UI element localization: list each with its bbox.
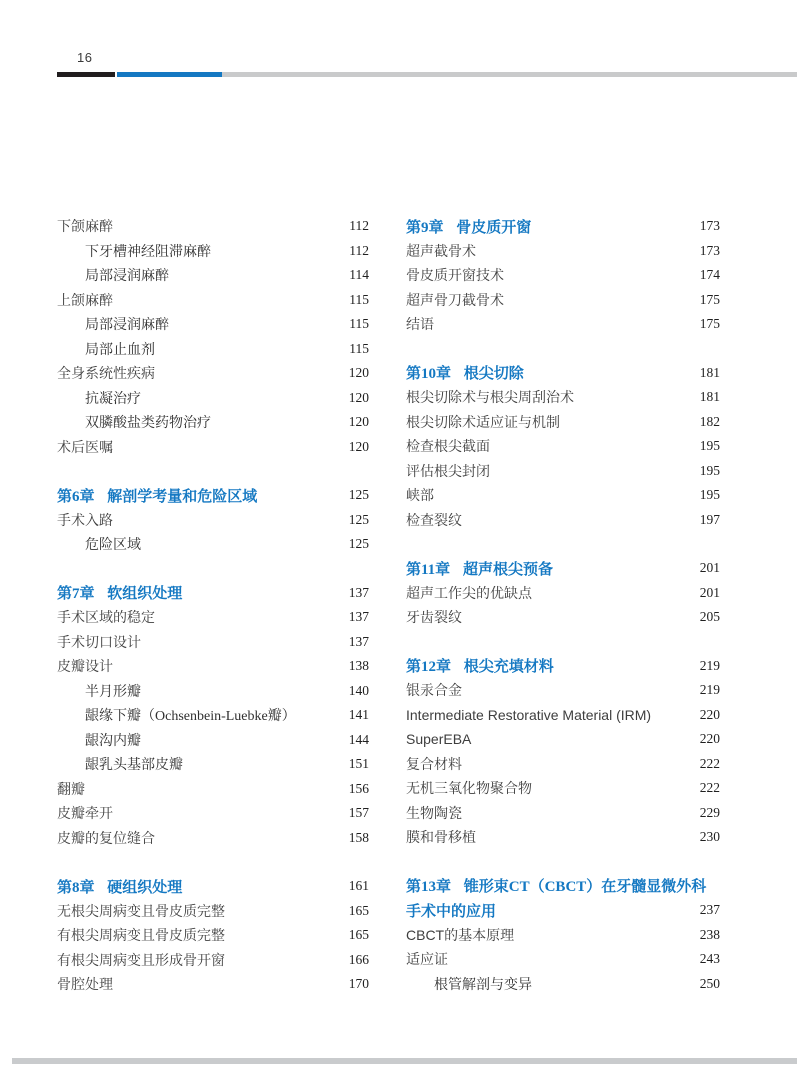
entry-page: 112 <box>339 218 369 234</box>
entry-title: 皮瓣的复位缝合 <box>57 828 155 848</box>
entry-title: 局部浸润麻醉 <box>57 314 169 334</box>
toc-entry: 生物陶瓷 229 <box>406 801 720 826</box>
entry-title-text: 膜和骨移植 <box>406 829 476 845</box>
toc-column-right: 第9章骨皮质开窗 173 超声截骨术 173 骨皮质开窗技术 174 超声骨刀截… <box>406 214 720 996</box>
toc-entry: 银汞合金 219 <box>406 678 720 703</box>
entry-page: 120 <box>339 365 369 381</box>
entry-page: 195 <box>690 438 720 454</box>
entry-title: 第12章根尖充填材料 <box>406 655 554 676</box>
entry-title: 根尖切除术适应证与机制 <box>406 412 560 432</box>
entry-title: 龈沟内瓣 <box>57 730 141 750</box>
entry-title-text: 危险区域 <box>85 538 141 553</box>
toc-entry: 骨腔处理 170 <box>57 972 369 997</box>
entry-title-text: 术后医嘱 <box>57 439 113 455</box>
chapter-number: 第8章 <box>57 880 95 896</box>
entry-page: 120 <box>339 439 369 455</box>
toc-chapter-entry: 第12章根尖充填材料 219 <box>406 654 720 679</box>
footer-rule <box>12 1058 797 1064</box>
entry-title: 手术中的应用 <box>406 900 496 921</box>
entry-title-text: 半月形瓣 <box>85 685 141 700</box>
toc-entry: 双膦酸盐类药物治疗 120 <box>57 410 369 435</box>
entry-page: 138 <box>339 658 369 674</box>
entry-title: 抗凝治疗 <box>57 388 141 408</box>
toc-entry: Intermediate Restorative Material (IRM) … <box>406 703 720 728</box>
entry-title: 骨皮质开窗技术 <box>406 265 504 285</box>
entry-title-text: 手术切口设计 <box>57 634 141 650</box>
entry-title: 超声工作尖的优缺点 <box>406 583 532 603</box>
entry-title-text: 银汞合金 <box>406 682 462 698</box>
entry-title: 第13章锥形束CT（CBCT）在牙髓显微外科 <box>406 875 706 896</box>
entry-page: 181 <box>690 365 720 381</box>
entry-title-text: 评估根尖封闭 <box>406 463 490 479</box>
entry-page: 237 <box>690 902 720 918</box>
entry-title: 超声骨刀截骨术 <box>406 290 504 310</box>
toc-entry: 下牙槽神经阻滞麻醉 112 <box>57 239 369 264</box>
entry-title: 龈乳头基部皮瓣 <box>57 754 183 774</box>
toc-entry: 有根尖周病变且骨皮质完整 165 <box>57 923 369 948</box>
toc-entry: 适应证 243 <box>406 947 720 972</box>
entry-title: 有根尖周病变且骨皮质完整 <box>57 925 225 945</box>
entry-title: 检查裂纹 <box>406 510 462 530</box>
entry-title-text: 抗凝治疗 <box>85 392 141 407</box>
entry-title: 第9章骨皮质开窗 <box>406 216 531 237</box>
entry-title-text: 锥形束CT（CBCT）在牙髓显微外科 <box>464 879 707 895</box>
toc-chapter-entry: 第7章软组织处理 137 <box>57 581 369 606</box>
entry-title: 第11章超声根尖预备 <box>406 558 553 579</box>
entry-title-text: 骨皮质开窗技术 <box>406 267 504 283</box>
entry-page: 229 <box>690 805 720 821</box>
entry-title: 生物陶瓷 <box>406 803 462 823</box>
entry-page: 125 <box>339 536 369 552</box>
toc-chapter-entry: 第11章超声根尖预备 201 <box>406 556 720 581</box>
entry-title: 有根尖周病变且形成骨开窗 <box>57 950 225 970</box>
entry-page: 222 <box>690 756 720 772</box>
entry-title: 无机三氧化物聚合物 <box>406 778 532 798</box>
toc-entry: 局部浸润麻醉 115 <box>57 312 369 337</box>
entry-page: 140 <box>339 683 369 699</box>
entry-title-text: 超声骨刀截骨术 <box>406 292 504 308</box>
entry-title: 下牙槽神经阻滞麻醉 <box>57 241 211 261</box>
entry-page: 173 <box>690 243 720 259</box>
entry-title: 局部浸润麻醉 <box>57 265 169 285</box>
entry-title-text: 骨皮质开窗 <box>456 220 531 236</box>
header-rule <box>0 72 800 78</box>
entry-title-text: 龈沟内瓣 <box>85 734 141 749</box>
entry-title-text: 根管解剖与变异 <box>434 978 532 993</box>
chapter-number: 第6章 <box>57 489 95 505</box>
entry-page: 201 <box>690 585 720 601</box>
toc-entry: 复合材料 222 <box>406 752 720 777</box>
entry-title: 根管解剖与变异 <box>406 974 532 994</box>
entry-title: 皮瓣牵开 <box>57 803 113 823</box>
entry-title-text: 牙齿裂纹 <box>406 609 462 625</box>
entry-title-text: 局部止血剂 <box>85 343 155 358</box>
chapter-number: 第12章 <box>406 659 451 675</box>
entry-title: Intermediate Restorative Material (IRM) <box>406 707 651 723</box>
toc-entry: 检查裂纹 197 <box>406 508 720 533</box>
toc-entry: 下颌麻醉 112 <box>57 214 369 239</box>
entry-page: 115 <box>339 316 369 332</box>
entry-page: 125 <box>339 512 369 528</box>
entry-title: 无根尖周病变且骨皮质完整 <box>57 901 225 921</box>
entry-title-text: 有根尖周病变且形成骨开窗 <box>57 952 225 968</box>
entry-page: 114 <box>339 267 369 283</box>
toc-entry: CBCT的基本原理 238 <box>406 923 720 948</box>
entry-page: 112 <box>339 243 369 259</box>
entry-title-text: 复合材料 <box>406 756 462 772</box>
toc-entry: 龈缘下瓣（Ochsenbein-Luebke瓣） 141 <box>57 703 369 728</box>
entry-page: 161 <box>339 878 369 894</box>
toc-entry: 手术区域的稳定 137 <box>57 605 369 630</box>
entry-title-text: 硬组织处理 <box>107 880 182 896</box>
toc-entry: 龈沟内瓣 144 <box>57 728 369 753</box>
entry-page: 222 <box>690 780 720 796</box>
toc-entry: 术后医嘱 120 <box>57 435 369 460</box>
toc-entry: 手术入路 125 <box>57 508 369 533</box>
entry-title-text: 下颌麻醉 <box>57 218 113 234</box>
chapter-number: 第11章 <box>406 562 450 578</box>
entry-title-text: 皮瓣的复位缝合 <box>57 830 155 846</box>
toc-section-gap <box>57 557 369 581</box>
entry-page: 115 <box>339 341 369 357</box>
toc-entry: SuperEBA 220 <box>406 727 720 752</box>
header-bar-black <box>57 72 115 77</box>
entry-title-text: 有根尖周病变且骨皮质完整 <box>57 927 225 943</box>
toc-entry: 龈乳头基部皮瓣 151 <box>57 752 369 777</box>
toc-entry: 局部浸润麻醉 114 <box>57 263 369 288</box>
entry-page: 219 <box>690 658 720 674</box>
entry-page: 166 <box>339 952 369 968</box>
entry-page: 182 <box>690 414 720 430</box>
toc-chapter-entry: 第9章骨皮质开窗 173 <box>406 214 720 239</box>
entry-title: 第10章根尖切除 <box>406 362 524 383</box>
toc-section-gap <box>406 630 720 654</box>
entry-title-text: 根尖切除 <box>464 366 524 382</box>
entry-page: 151 <box>339 756 369 772</box>
toc-entry: 手术切口设计 137 <box>57 630 369 655</box>
entry-title: 适应证 <box>406 949 448 969</box>
entry-title: 检查根尖截面 <box>406 436 490 456</box>
entry-page: 230 <box>690 829 720 845</box>
toc-chapter-entry: 第10章根尖切除 181 <box>406 361 720 386</box>
toc-entry: 有根尖周病变且形成骨开窗 166 <box>57 948 369 973</box>
page-number: 16 <box>77 50 92 65</box>
entry-page: 137 <box>339 634 369 650</box>
entry-title-text: 无机三氧化物聚合物 <box>406 780 532 796</box>
chapter-number: 第10章 <box>406 366 451 382</box>
entry-title: 龈缘下瓣（Ochsenbein-Luebke瓣） <box>57 705 296 725</box>
entry-page: 195 <box>690 487 720 503</box>
entry-title-text: Intermediate Restorative Material (IRM) <box>406 707 651 723</box>
toc-entry: 检查根尖截面 195 <box>406 434 720 459</box>
entry-title: 皮瓣设计 <box>57 656 113 676</box>
entry-page: 115 <box>339 292 369 308</box>
entry-title: 双膦酸盐类药物治疗 <box>57 412 211 432</box>
toc-entry: 手术中的应用 237 <box>406 898 720 923</box>
entry-title: 局部止血剂 <box>57 339 155 359</box>
toc-entry: 翻瓣 156 <box>57 777 369 802</box>
entry-page: 120 <box>339 414 369 430</box>
entry-title: 第8章硬组织处理 <box>57 876 182 897</box>
entry-title-text: 结语 <box>406 316 434 332</box>
entry-title: 结语 <box>406 314 434 334</box>
entry-page: 137 <box>339 609 369 625</box>
entry-page: 156 <box>339 781 369 797</box>
entry-title-text: 检查裂纹 <box>406 512 462 528</box>
toc-column-left: 下颌麻醉 112 下牙槽神经阻滞麻醉 112 局部浸润麻醉 114 上颌麻醉 1… <box>57 214 369 997</box>
entry-title-text: 解剖学考量和危险区域 <box>107 489 257 505</box>
toc-entry: 无根尖周病变且骨皮质完整 165 <box>57 899 369 924</box>
entry-page: 181 <box>690 389 720 405</box>
toc-entry: 骨皮质开窗技术 174 <box>406 263 720 288</box>
entry-title: 翻瓣 <box>57 779 85 799</box>
entry-title-text: 皮瓣牵开 <box>57 805 113 821</box>
toc-entry: 抗凝治疗 120 <box>57 386 369 411</box>
toc-entry: 皮瓣牵开 157 <box>57 801 369 826</box>
toc-entry: 半月形瓣 140 <box>57 679 369 704</box>
entry-title: SuperEBA <box>406 731 471 747</box>
entry-title-text: 局部浸润麻醉 <box>85 318 169 333</box>
entry-page: 175 <box>690 292 720 308</box>
entry-title: 膜和骨移植 <box>406 827 476 847</box>
toc-section-gap <box>57 459 369 483</box>
chapter-number: 第13章 <box>406 879 451 895</box>
entry-page: 165 <box>339 927 369 943</box>
entry-title: 复合材料 <box>406 754 462 774</box>
entry-page: 144 <box>339 732 369 748</box>
toc-entry: 根管解剖与变异 250 <box>406 972 720 997</box>
entry-title-text: 翻瓣 <box>57 781 85 797</box>
entry-title-text: CBCT的基本原理 <box>406 927 514 943</box>
header-bar-gray <box>222 72 797 77</box>
entry-title-text: 骨腔处理 <box>57 976 113 992</box>
entry-title-text: 龈缘下瓣（Ochsenbein-Luebke瓣） <box>85 709 296 724</box>
entry-title-text: 根尖切除术适应证与机制 <box>406 414 560 430</box>
toc-chapter-entry: 第6章解剖学考量和危险区域 125 <box>57 483 369 508</box>
entry-page: 125 <box>339 487 369 503</box>
toc-chapter-entry: 第8章硬组织处理 161 <box>57 874 369 899</box>
entry-page: 220 <box>690 707 720 723</box>
entry-title-text: 峡部 <box>406 487 434 503</box>
entry-title: 第7章软组织处理 <box>57 582 182 603</box>
entry-page: 120 <box>339 390 369 406</box>
entry-title: 牙齿裂纹 <box>406 607 462 627</box>
entry-page: 165 <box>339 903 369 919</box>
entry-title-text: SuperEBA <box>406 731 471 747</box>
entry-title: 半月形瓣 <box>57 681 141 701</box>
toc-entry: 超声截骨术 173 <box>406 239 720 264</box>
toc-chapter-entry: 第13章锥形束CT（CBCT）在牙髓显微外科 <box>406 874 720 899</box>
entry-page: 197 <box>690 512 720 528</box>
entry-title-text: 下牙槽神经阻滞麻醉 <box>85 245 211 260</box>
toc-entry: 皮瓣的复位缝合 158 <box>57 826 369 851</box>
entry-title: 骨腔处理 <box>57 974 113 994</box>
toc-entry: 无机三氧化物聚合物 222 <box>406 776 720 801</box>
toc-entry: 超声工作尖的优缺点 201 <box>406 581 720 606</box>
entry-page: 173 <box>690 218 720 234</box>
header-bar-blue <box>117 72 222 77</box>
entry-title-text: 局部浸润麻醉 <box>85 269 169 284</box>
toc-entry: 膜和骨移植 230 <box>406 825 720 850</box>
chapter-number: 第7章 <box>57 586 95 602</box>
toc-entry: 峡部 195 <box>406 483 720 508</box>
entry-title-text: 上颌麻醉 <box>57 292 113 308</box>
toc-entry: 局部止血剂 115 <box>57 337 369 362</box>
entry-title-text: 检查根尖截面 <box>406 438 490 454</box>
toc-entry: 牙齿裂纹 205 <box>406 605 720 630</box>
entry-page: 205 <box>690 609 720 625</box>
entry-page: 238 <box>690 927 720 943</box>
entry-title-text: 超声工作尖的优缺点 <box>406 585 532 601</box>
toc-entry: 上颌麻醉 115 <box>57 288 369 313</box>
entry-page: 157 <box>339 805 369 821</box>
entry-title-text: 手术区域的稳定 <box>57 609 155 625</box>
entry-page: 250 <box>690 976 720 992</box>
entry-title: CBCT的基本原理 <box>406 925 514 945</box>
toc-section-gap <box>406 532 720 556</box>
toc-entry: 超声骨刀截骨术 175 <box>406 288 720 313</box>
toc-section-gap <box>406 337 720 361</box>
entry-title-text: 龈乳头基部皮瓣 <box>85 758 183 773</box>
entry-title-text: 手术中的应用 <box>406 904 496 920</box>
entry-page: 174 <box>690 267 720 283</box>
entry-page: 243 <box>690 951 720 967</box>
entry-page: 137 <box>339 585 369 601</box>
entry-page: 201 <box>690 560 720 576</box>
entry-page: 195 <box>690 463 720 479</box>
toc-entry: 全身系统性疾病 120 <box>57 361 369 386</box>
entry-page: 175 <box>690 316 720 332</box>
entry-title: 全身系统性疾病 <box>57 363 155 383</box>
entry-title-text: 生物陶瓷 <box>406 805 462 821</box>
toc-entry: 根尖切除术适应证与机制 182 <box>406 410 720 435</box>
entry-title: 手术区域的稳定 <box>57 607 155 627</box>
entry-title-text: 根尖充填材料 <box>464 659 554 675</box>
entry-title: 银汞合金 <box>406 680 462 700</box>
chapter-number: 第9章 <box>406 220 444 236</box>
entry-page: 170 <box>339 976 369 992</box>
entry-title: 评估根尖封闭 <box>406 461 490 481</box>
toc-entry: 结语 175 <box>406 312 720 337</box>
entry-title: 危险区域 <box>57 534 141 554</box>
entry-title-text: 超声根尖预备 <box>463 562 553 578</box>
entry-title: 术后医嘱 <box>57 437 113 457</box>
entry-page: 220 <box>690 731 720 747</box>
entry-title: 下颌麻醉 <box>57 216 113 236</box>
toc-entry: 危险区域 125 <box>57 532 369 557</box>
entry-title: 根尖切除术与根尖周刮治术 <box>406 387 574 407</box>
entry-title-text: 双膦酸盐类药物治疗 <box>85 416 211 431</box>
entry-page: 219 <box>690 682 720 698</box>
toc-entry: 评估根尖封闭 195 <box>406 459 720 484</box>
entry-title: 第6章解剖学考量和危险区域 <box>57 485 257 506</box>
entry-title: 峡部 <box>406 485 434 505</box>
toc-section-gap <box>57 850 369 874</box>
entry-title: 上颌麻醉 <box>57 290 113 310</box>
toc-entry: 根尖切除术与根尖周刮治术 181 <box>406 385 720 410</box>
entry-title: 超声截骨术 <box>406 241 476 261</box>
entry-title: 手术入路 <box>57 510 113 530</box>
entry-title-text: 超声截骨术 <box>406 243 476 259</box>
entry-title-text: 无根尖周病变且骨皮质完整 <box>57 903 225 919</box>
entry-page: 141 <box>339 707 369 723</box>
entry-title-text: 适应证 <box>406 951 448 967</box>
entry-title-text: 根尖切除术与根尖周刮治术 <box>406 389 574 405</box>
entry-title-text: 全身系统性疾病 <box>57 365 155 381</box>
entry-title-text: 手术入路 <box>57 512 113 528</box>
entry-page: 158 <box>339 830 369 846</box>
entry-title: 手术切口设计 <box>57 632 141 652</box>
toc-entry: 皮瓣设计 138 <box>57 654 369 679</box>
toc-section-gap <box>406 850 720 874</box>
entry-title-text: 软组织处理 <box>107 586 182 602</box>
entry-title-text: 皮瓣设计 <box>57 658 113 674</box>
